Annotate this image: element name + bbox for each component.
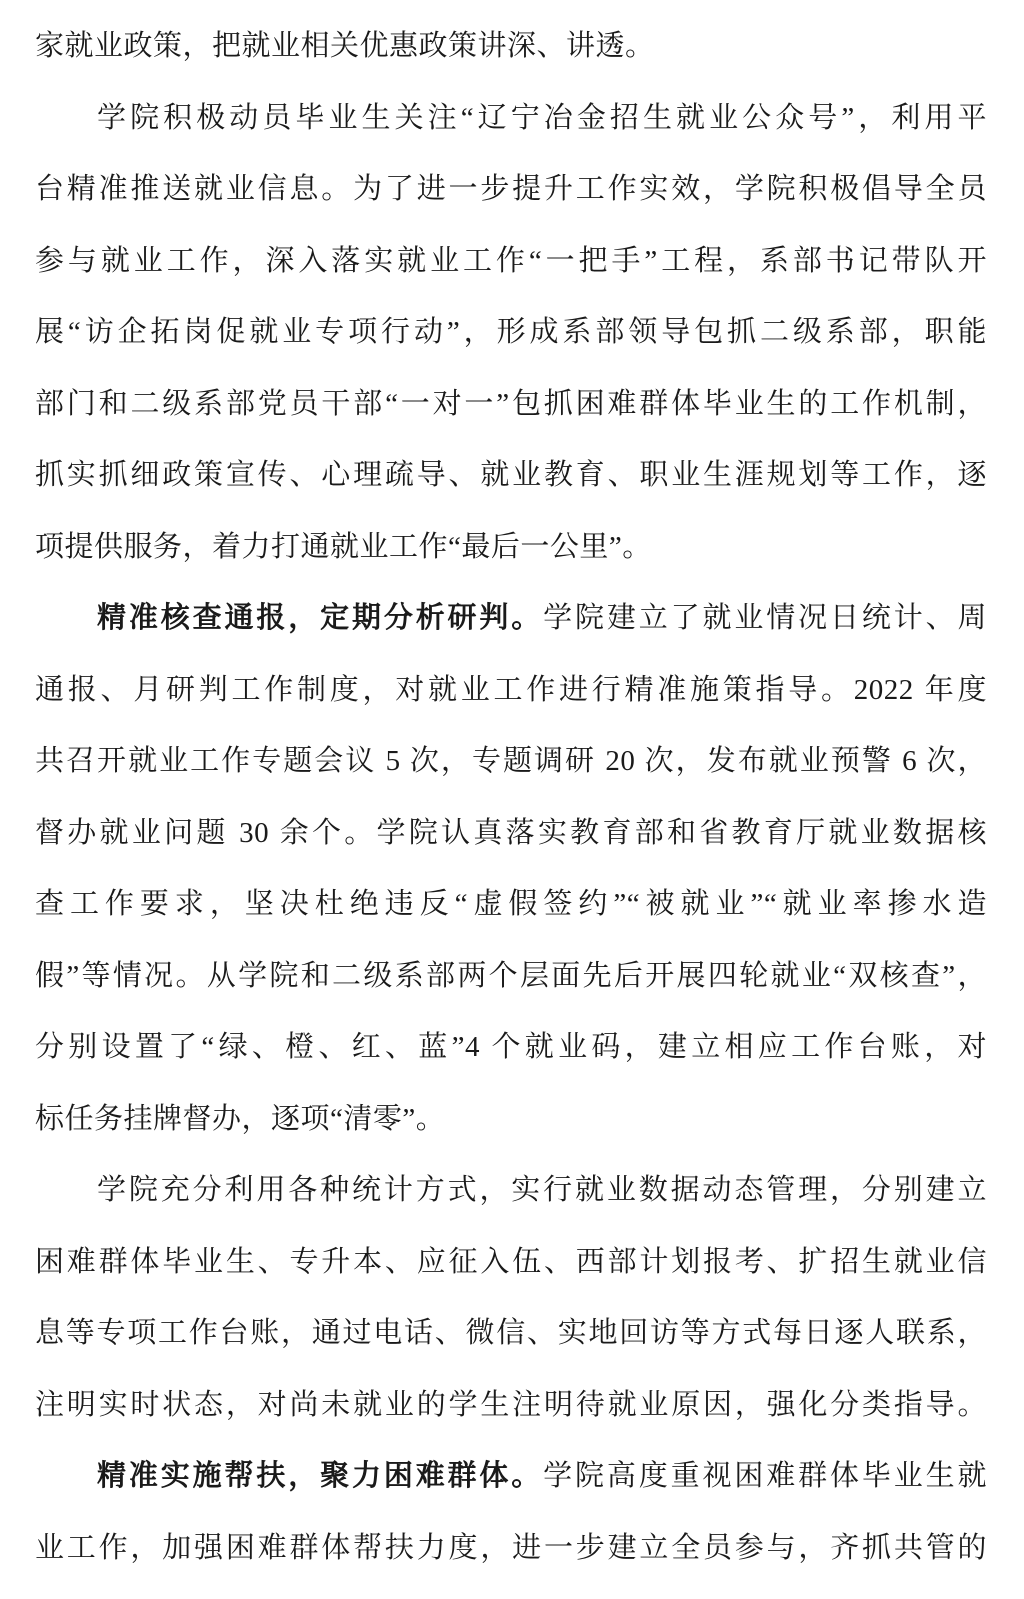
document-text-line: 注明实时状态，对尚未就业的学生注明待就业原因，强化分类指导。 (35, 1370, 987, 1442)
line-text: 注明实时状态，对尚未就业的学生注明待就业原因，强化分类指导。 (35, 1389, 987, 1421)
document-text-line: 参与就业工作，深入落实就业工作“一把手”工程，系部书记带队开 (35, 226, 987, 298)
line-text: 假”等情况。从学院和二级系部两个层面先后开展四轮就业“双核查”， (35, 960, 987, 992)
line-text: 台精准推送就业信息。为了进一步提升工作实效，学院积极倡导全员 (35, 173, 987, 205)
document-text-line: 学院积极动员毕业生关注“辽宁冶金招生就业公众号”，利用平 (35, 83, 987, 155)
line-text: 息等专项工作台账，通过电话、微信、实地回访等方式每日逐人联系， (35, 1317, 987, 1349)
line-text: 抓实抓细政策宣传、心理疏导、就业教育、职业生涯规划等工作，逐 (35, 459, 987, 491)
document-text-line: 学院充分利用各种统计方式，实行就业数据动态管理，分别建立 (35, 1155, 987, 1227)
document-text-line: 查工作要求，坚决杜绝违反“虚假签约”“被就业”“就业率掺水造 (35, 869, 987, 941)
document-text-line: 业工作，加强困难群体帮扶力度，进一步建立全员参与，齐抓共管的 (35, 1513, 987, 1585)
paragraph-lead-bold-text: 精准核查通报，定期分析研判。 (97, 602, 543, 634)
line-text: 通报、月研判工作制度，对就业工作进行精准施策指导。2022 年度 (35, 674, 987, 706)
document-text-line: 精准核查通报，定期分析研判。学院建立了就业情况日统计、周 (35, 583, 987, 655)
line-text: 业工作，加强困难群体帮扶力度，进一步建立全员参与，齐抓共管的 (35, 1532, 987, 1564)
line-text: 学院积极动员毕业生关注“辽宁冶金招生就业公众号”，利用平 (97, 102, 987, 134)
document-page: 家就业政策，把就业相关优惠政策讲深、讲透。学院积极动员毕业生关注“辽宁冶金招生就… (0, 0, 1024, 1599)
document-text-line: 共召开就业工作专题会议 5 次，专题调研 20 次，发布就业预警 6 次， (35, 726, 987, 798)
line-text: 项提供服务，着力打通就业工作“最后一公里”。 (35, 531, 652, 563)
line-text: 展“访企拓岗促就业专项行动”，形成系部领导包抓二级系部，职能 (35, 316, 987, 348)
line-text: 共召开就业工作专题会议 5 次，专题调研 20 次，发布就业预警 6 次， (35, 745, 987, 777)
line-text: 学院高度重视困难群体毕业生就 (543, 1460, 987, 1492)
line-text: 查工作要求，坚决杜绝违反“虚假签约”“被就业”“就业率掺水造 (35, 888, 987, 920)
line-text: 学院建立了就业情况日统计、周 (543, 602, 987, 634)
document-text-line: 通报、月研判工作制度，对就业工作进行精准施策指导。2022 年度 (35, 655, 987, 727)
document-text-line: 家就业政策，把就业相关优惠政策讲深、讲透。 (35, 11, 987, 83)
document-text-line: 标任务挂牌督办，逐项“清零”。 (35, 1084, 987, 1156)
document-text-line: 项提供服务，着力打通就业工作“最后一公里”。 (35, 512, 987, 584)
document-text-line: 督办就业问题 30 余个。学院认真落实教育部和省教育厅就业数据核 (35, 798, 987, 870)
line-text: 困难群体毕业生、专升本、应征入伍、西部计划报考、扩招生就业信 (35, 1246, 987, 1278)
line-text: 标任务挂牌督办，逐项“清零”。 (35, 1103, 445, 1135)
document-text-line: 台精准推送就业信息。为了进一步提升工作实效，学院积极倡导全员 (35, 154, 987, 226)
document-text-body: 家就业政策，把就业相关优惠政策讲深、讲透。学院积极动员毕业生关注“辽宁冶金招生就… (35, 11, 987, 1584)
document-text-line: 部门和二级系部党员干部“一对一”包抓困难群体毕业生的工作机制， (35, 369, 987, 441)
document-text-line: 分别设置了“绿、橙、红、蓝”4 个就业码，建立相应工作台账，对 (35, 1012, 987, 1084)
line-text: 分别设置了“绿、橙、红、蓝”4 个就业码，建立相应工作台账，对 (35, 1031, 987, 1063)
line-text: 家就业政策，把就业相关优惠政策讲深、讲透。 (35, 30, 655, 62)
document-text-line: 假”等情况。从学院和二级系部两个层面先后开展四轮就业“双核查”， (35, 941, 987, 1013)
document-text-line: 精准实施帮扶，聚力困难群体。学院高度重视困难群体毕业生就 (35, 1441, 987, 1513)
document-text-line: 抓实抓细政策宣传、心理疏导、就业教育、职业生涯规划等工作，逐 (35, 440, 987, 512)
paragraph-lead-bold-text: 精准实施帮扶，聚力困难群体。 (97, 1460, 543, 1492)
document-text-line: 困难群体毕业生、专升本、应征入伍、西部计划报考、扩招生就业信 (35, 1227, 987, 1299)
line-text: 督办就业问题 30 余个。学院认真落实教育部和省教育厅就业数据核 (35, 817, 987, 849)
document-text-line: 息等专项工作台账，通过电话、微信、实地回访等方式每日逐人联系， (35, 1298, 987, 1370)
line-text: 部门和二级系部党员干部“一对一”包抓困难群体毕业生的工作机制， (35, 388, 987, 420)
document-text-line: 展“访企拓岗促就业专项行动”，形成系部领导包抓二级系部，职能 (35, 297, 987, 369)
line-text: 参与就业工作，深入落实就业工作“一把手”工程，系部书记带队开 (35, 245, 987, 277)
line-text: 学院充分利用各种统计方式，实行就业数据动态管理，分别建立 (97, 1174, 987, 1206)
